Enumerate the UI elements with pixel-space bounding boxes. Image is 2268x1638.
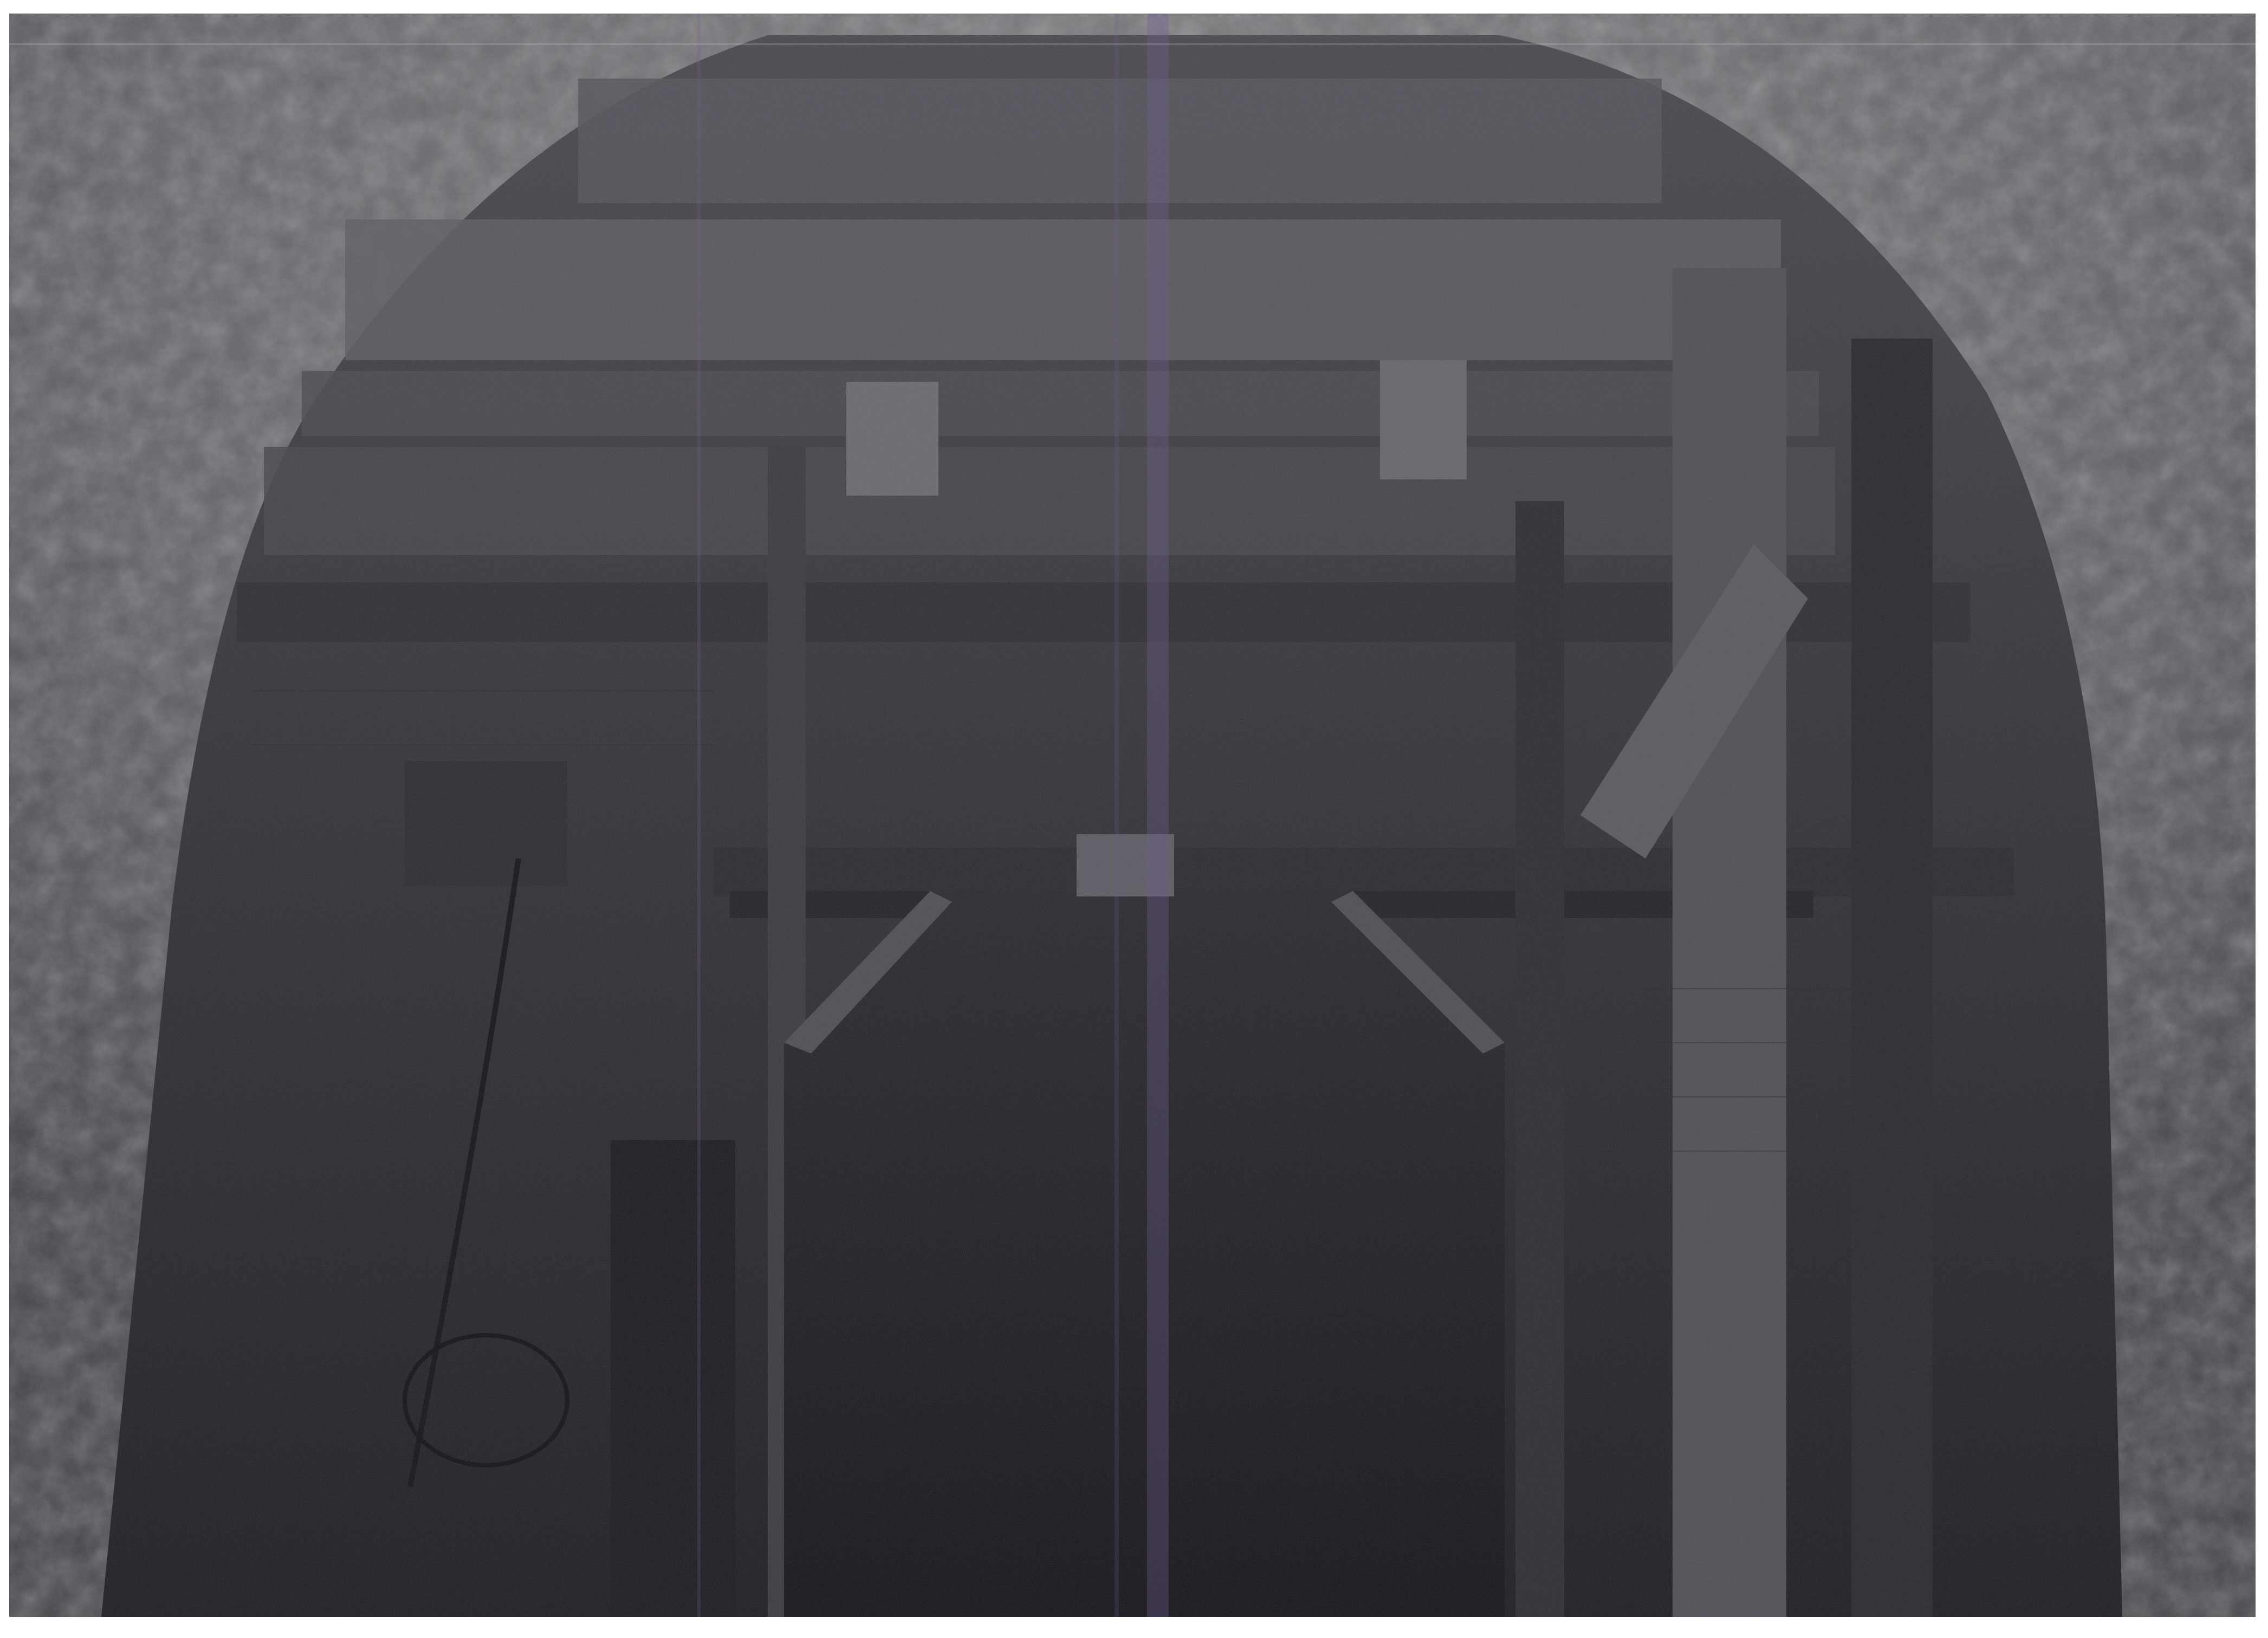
scan-streak [697,14,701,1617]
scan-streak [1147,14,1169,1617]
tunnel-scene [9,14,2256,1617]
scan-streak [1114,14,1119,1617]
scan-scratch [9,43,2256,45]
photograph [9,14,2256,1617]
